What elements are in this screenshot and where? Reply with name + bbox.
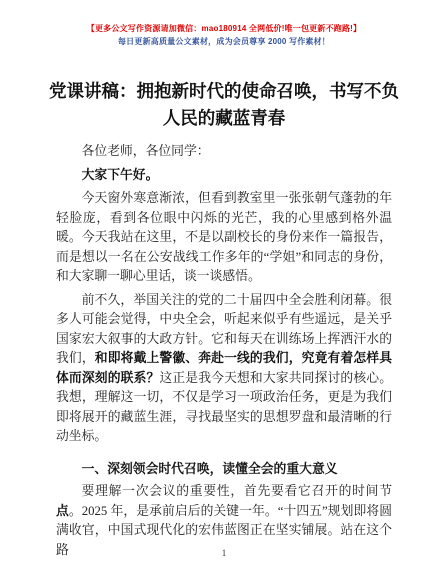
promo-line-1: 【更多公文写作资源请加微信：mao180914 全网低价!唯一包更新不跑路!】 bbox=[0, 22, 448, 35]
text-run: 大家下午好。 bbox=[82, 168, 159, 182]
page-number: 1 bbox=[0, 548, 448, 558]
document-page: 【更多公文写作资源请加微信：mao180914 全网低价!唯一包更新不跑路!】 … bbox=[0, 0, 448, 580]
greeting-paragraph: 大家下午好。 bbox=[56, 166, 392, 186]
document-title: 党课讲稿：拥抱新时代的使命召唤，书写不负人民的藏蓝青春 bbox=[42, 78, 406, 132]
intro-paragraph: 今天窗外寒意渐浓，但看到教室里一张张朝气蓬勃的年轻脸庞，看到各位眼中闪烁的光芒，… bbox=[56, 189, 392, 287]
promo-line-2: 每日更新高质量公文素材，成为会员尊享 2000 写作素材！ bbox=[0, 35, 448, 48]
text-run: 各位老师，各位同学： bbox=[82, 144, 210, 158]
plenary-paragraph: 前不久，举国关注的党的二十届四中全会胜利闭幕。很多人可能会觉得，中央全会，听起来… bbox=[56, 291, 392, 447]
promo-header: 【更多公文写作资源请加微信：mao180914 全网低价!唯一包更新不跑路!】 … bbox=[0, 0, 448, 48]
text-run: 点 bbox=[56, 504, 69, 518]
document-body: 各位老师，各位同学：大家下午好。今天窗外寒意渐浓，但看到教室里一张张朝气蓬勃的年… bbox=[56, 142, 392, 560]
section-heading-1: 一、深刻领会时代召唤，读懂全会的重大意义 bbox=[56, 459, 392, 479]
text-run: 一、深刻领会时代召唤，读懂全会的重大意义 bbox=[82, 461, 338, 476]
text-run: 今天窗外寒意渐浓，但看到教室里一张张朝气蓬勃的年轻脸庞，看到各位眼中闪烁的光芒，… bbox=[56, 191, 392, 283]
text-run: 要理解一次会议的重要性，首先要看它召开的时间节 bbox=[82, 484, 392, 498]
salutation-paragraph: 各位老师，各位同学： bbox=[56, 142, 392, 162]
